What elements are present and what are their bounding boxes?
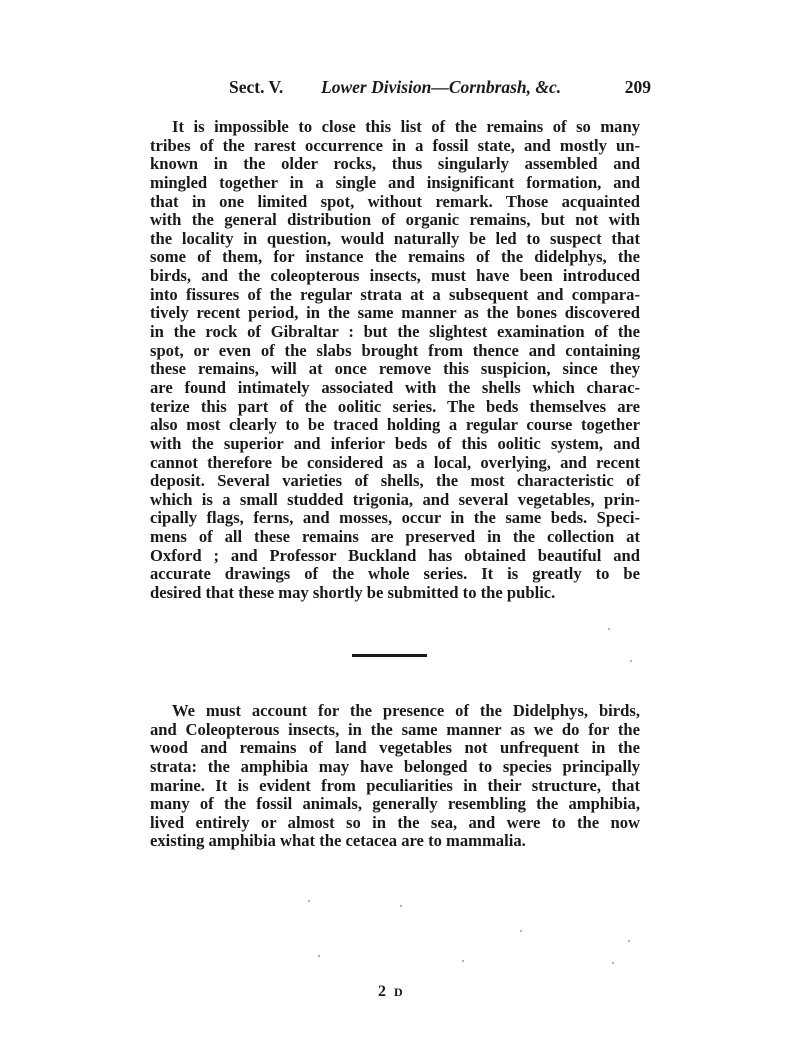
text-line: wood and remains of land vegetables not … [150,739,640,758]
text-line: in the rock of Gibraltar : but the sligh… [150,323,640,342]
text-line: with the superior and inferior beds of t… [150,435,640,454]
section-divider-rule [352,654,427,657]
text-line: and Coleopterous insects, in the same ma… [150,721,640,740]
scan-speck [630,660,632,662]
scan-speck [520,930,522,932]
text-line: We must account for the presence of the … [150,702,640,721]
text-line: the locality in question, would naturall… [150,230,640,249]
text-line: that in one limited spot, without remark… [150,193,640,212]
text-line: tively recent period, in the same manner… [150,304,640,323]
text-line: spot, or even of the slabs brought from … [150,342,640,361]
book-page: Sect. V. Lower Division—Cornbrash, &c. 2… [0,0,800,1050]
text-line: are found intimately associated with the… [150,379,640,398]
printer-signature-mark: 2 D [378,983,405,1001]
scan-speck [612,962,614,964]
running-title: Lower Division—Cornbrash, &c. [321,77,561,98]
scan-speck [608,628,610,630]
text-line: Oxford ; and Professor Buckland has obta… [150,547,640,566]
scan-speck [400,905,402,907]
scan-speck [462,960,464,962]
text-line: mingled together in a single and insigni… [150,174,640,193]
section-label: Sect. V. [229,77,283,98]
signature-letter: D [394,985,405,999]
text-line: deposit. Several varieties of shells, th… [150,472,640,491]
paragraph-fossil-remains: It is impossible to close this list of t… [150,118,640,603]
text-line: tribes of the rarest occurrence in a fos… [150,137,640,156]
text-line: cannot therefore be considered as a loca… [150,454,640,473]
page-number: 209 [625,77,651,98]
text-line: marine. It is evident from peculiarities… [150,777,640,796]
text-line: also most clearly to be traced holding a… [150,416,640,435]
text-line: desired that these may shortly be submit… [150,584,640,603]
text-line: existing amphibia what the cetacea are t… [150,832,640,851]
running-head: Sect. V. Lower Division—Cornbrash, &c. 2… [229,77,651,101]
text-line: many of the fossil animals, generally re… [150,795,640,814]
scan-speck [308,900,310,902]
text-line: into fissures of the regular strata at a… [150,286,640,305]
text-line: known in the older rocks, thus singularl… [150,155,640,174]
text-line: mens of all these remains are preserved … [150,528,640,547]
text-line: birds, and the coleopterous insects, mus… [150,267,640,286]
text-line: these remains, will at once remove this … [150,360,640,379]
scan-speck [628,940,630,942]
paragraph-didelphys-note: We must account for the presence of the … [150,702,640,851]
text-line: lived entirely or almost so in the sea, … [150,814,640,833]
text-line: with the general distribution of organic… [150,211,640,230]
text-line: It is impossible to close this list of t… [150,118,640,137]
text-line: some of them, for instance the remains o… [150,248,640,267]
text-line: accurate drawings of the whole series. I… [150,565,640,584]
text-line: terize this part of the oolitic series. … [150,398,640,417]
signature-number: 2 [378,983,388,1000]
text-line: strata: the amphibia may have belonged t… [150,758,640,777]
text-line: cipally flags, ferns, and mosses, occur … [150,509,640,528]
text-line: which is a small studded trigonia, and s… [150,491,640,510]
scan-speck [318,955,320,957]
